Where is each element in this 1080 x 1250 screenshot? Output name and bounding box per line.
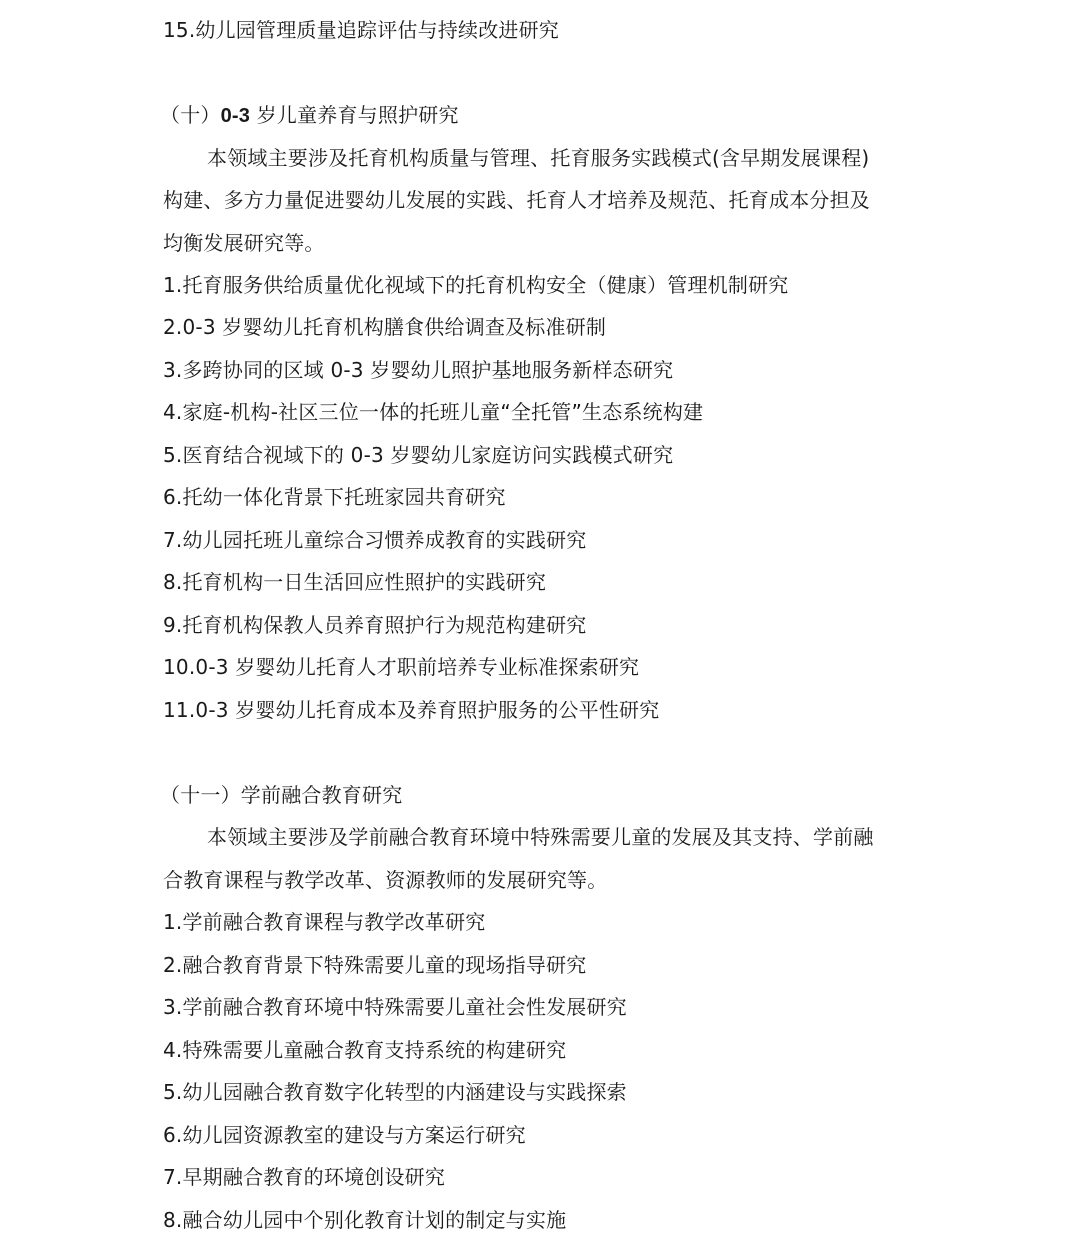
section-description-line: 均衡发展研究等。 <box>163 231 325 255</box>
section-heading-age-range: 0-3 <box>221 105 251 127</box>
list-item: 6.幼儿园资源教室的建设与方案运行研究 <box>163 1123 526 1147</box>
list-item: 3.学前融合教育环境中特殊需要儿童社会性发展研究 <box>163 995 627 1019</box>
section-heading-11: （十一）学前融合教育研究 <box>160 783 402 807</box>
list-item: 1.托育服务供给质量优化视域下的托育机构安全（健康）管理机制研究 <box>163 273 788 297</box>
list-item: 4.特殊需要儿童融合教育支持系统的构建研究 <box>163 1038 566 1062</box>
section-description-line: 合教育课程与教学改革、资源教师的发展研究等。 <box>163 868 607 892</box>
list-item: 7.早期融合教育的环境创设研究 <box>163 1165 445 1189</box>
list-item: 3.多跨协同的区域 0-3 岁婴幼儿照护基地服务新样态研究 <box>163 358 673 382</box>
section-description-line: 本领域主要涉及学前融合教育环境中特殊需要儿童的发展及其支持、学前融 <box>207 825 874 849</box>
list-item: 8.托育机构一日生活回应性照护的实践研究 <box>163 570 546 594</box>
section-heading-title: 岁儿童养育与照护研究 <box>250 103 459 127</box>
list-item: 2.0-3 岁婴幼儿托育机构膳食供给调查及标准研制 <box>163 315 606 339</box>
list-item: 1.学前融合教育课程与教学改革研究 <box>163 910 485 934</box>
list-item: 4.家庭-机构-社区三位一体的托班儿童“全托管”生态系统构建 <box>163 400 703 424</box>
list-item: 5.医育结合视域下的 0-3 岁婴幼儿家庭访问实践模式研究 <box>163 443 673 467</box>
list-item: 7.幼儿园托班儿童综合习惯养成教育的实践研究 <box>163 528 586 552</box>
list-item: 5.幼儿园融合教育数字化转型的内涵建设与实践探索 <box>163 1080 627 1104</box>
list-item: 11.0-3 岁婴幼儿托育成本及养育照护服务的公平性研究 <box>163 698 659 722</box>
list-item: 2.融合教育背景下特殊需要儿童的现场指导研究 <box>163 953 586 977</box>
section-heading-prefix: （十） <box>160 103 221 127</box>
section-description-line: 本领域主要涉及托育机构质量与管理、托育服务实践模式(含早期发展课程) <box>207 146 869 170</box>
previous-list-item: 15.幼儿园管理质量追踪评估与持续改进研究 <box>163 18 559 42</box>
list-item: 8.融合幼儿园中个别化教育计划的制定与实施 <box>163 1208 566 1232</box>
list-item: 6.托幼一体化背景下托班家园共育研究 <box>163 485 506 509</box>
list-item: 10.0-3 岁婴幼儿托育人才职前培养专业标准探索研究 <box>163 655 639 679</box>
section-description-line: 构建、多方力量促进婴幼儿发展的实践、托育人才培养及规范、托育成本分担及 <box>163 188 870 212</box>
section-heading-10: （十）0-3 岁儿童养育与照护研究 <box>160 103 459 128</box>
list-item: 9.托育机构保教人员养育照护行为规范构建研究 <box>163 613 586 637</box>
